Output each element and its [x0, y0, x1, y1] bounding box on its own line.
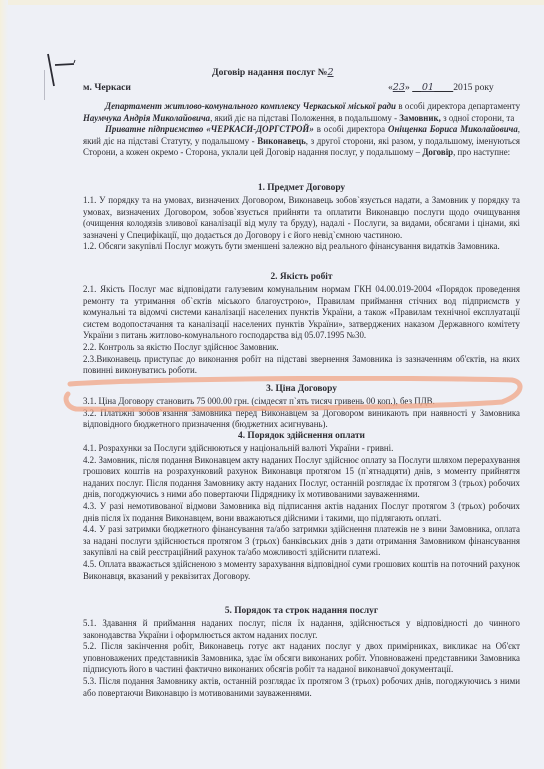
- preamble-text: в особі директора: [314, 124, 388, 134]
- customer-director: Наумчука Андрія Миколайовича: [83, 113, 210, 123]
- preamble-text: , про наступне:: [453, 147, 510, 157]
- section-3-body: 3.1. Ціна Договору становить 75 000.00 г…: [83, 396, 520, 431]
- section-2-body: 2.1. Якість Послуг має відповідати галуз…: [83, 284, 520, 377]
- section-heading-2: 2. Якість робіт: [83, 272, 520, 282]
- date-month: 01: [422, 82, 434, 93]
- section-5-body: 5.1. Здавання й приймання наданих послуг…: [83, 618, 520, 699]
- section-4-body: 4.1. Розрахунки за Послуги здійснюються …: [83, 443, 520, 582]
- date-month-blank: 01: [412, 82, 453, 93]
- contractor-director: Оніщенка Бориса Миколайовича: [388, 124, 518, 134]
- role-contractor: Виконавець: [257, 136, 306, 146]
- section-1-body: 1.1. У порядку та на умовах, визначених …: [83, 195, 520, 253]
- contract-number: 2: [327, 67, 333, 78]
- preamble-text: з одної сторони, та: [441, 113, 514, 123]
- clause-5-2: 5.2. Після закінчення робіт, Виконавець …: [83, 641, 520, 676]
- corner-mark-icon: [44, 52, 84, 92]
- date-day: 23: [393, 82, 405, 93]
- role-contract: Договір: [422, 147, 453, 157]
- clause-2-1: 2.1. Якість Послуг має відповідати галуз…: [83, 284, 520, 342]
- clause-2-3: 2.3.Виконавець приступає до виконання ро…: [83, 354, 520, 377]
- section-heading-5: 5. Порядок та строк надання послуг: [83, 606, 520, 616]
- section-heading-4: 4. Порядок здійснення оплати: [83, 431, 520, 441]
- preamble: Департамент житлово-комунального комплек…: [83, 101, 520, 159]
- clause-1-1: 1.1. У порядку та на умовах, визначених …: [83, 195, 520, 241]
- preamble-paragraph-1: Департамент житлово-комунального комплек…: [83, 101, 520, 124]
- scanned-page: Договір надання послуг №2 м. Черкаси «23…: [0, 0, 544, 769]
- contract-date: «23» 01 2015 року: [388, 82, 494, 93]
- customer-organization: Департамент житлово-комунального комплек…: [105, 101, 396, 111]
- clause-4-5: 4.5. Оплата вважається здійсненою з моме…: [83, 559, 520, 582]
- clause-4-3: 4.3. У разі немотивованої відмови Замовн…: [83, 501, 520, 524]
- city: м. Черкаси: [83, 82, 131, 93]
- clause-5-3: 5.3. Після подання Замовнику актів, оста…: [83, 676, 520, 699]
- document-title: Договір надання послуг №2: [212, 67, 334, 78]
- date-year: 2015 року: [453, 82, 494, 93]
- preamble-text: в особі директора департаменту: [396, 101, 520, 111]
- section-heading-3: 3. Ціна Договору: [83, 384, 520, 394]
- clause-3-2: 3.2. Платіжні зобов`язання Замовника пер…: [83, 408, 520, 431]
- clause-4-1: 4.1. Розрахунки за Послуги здійснюються …: [83, 443, 520, 455]
- role-customer: Замовник,: [399, 113, 441, 123]
- title-prefix: Договір надання послуг №: [212, 67, 327, 78]
- preamble-paragraph-2: Приватне підприємство «ЧЕРКАСИ-ДОРГСТРОЙ…: [83, 124, 520, 159]
- clause-4-4: 4.4. У разі затримки бюджетного фінансув…: [83, 524, 520, 559]
- clause-1-2: 1.2. Обсяги закупівлі Послуг можуть бути…: [83, 241, 520, 253]
- clause-2-2: 2.2. Контроль за якістю Послуг здійснює …: [83, 342, 520, 354]
- clause-5-1: 5.1. Здавання й приймання наданих послуг…: [83, 618, 520, 641]
- clause-3-1: 3.1. Ціна Договору становить 75 000.00 г…: [83, 396, 520, 408]
- contractor-organization: Приватне підприємство «ЧЕРКАСИ-ДОРГСТРОЙ…: [105, 124, 314, 134]
- margin-line: [44, 70, 45, 100]
- clause-4-2: 4.2. Замовник, після подання Виконавцем …: [83, 455, 520, 501]
- preamble-text: , який діє на підставі Положення, в пода…: [210, 113, 399, 123]
- section-heading-1: 1. Предмет Договору: [83, 183, 520, 193]
